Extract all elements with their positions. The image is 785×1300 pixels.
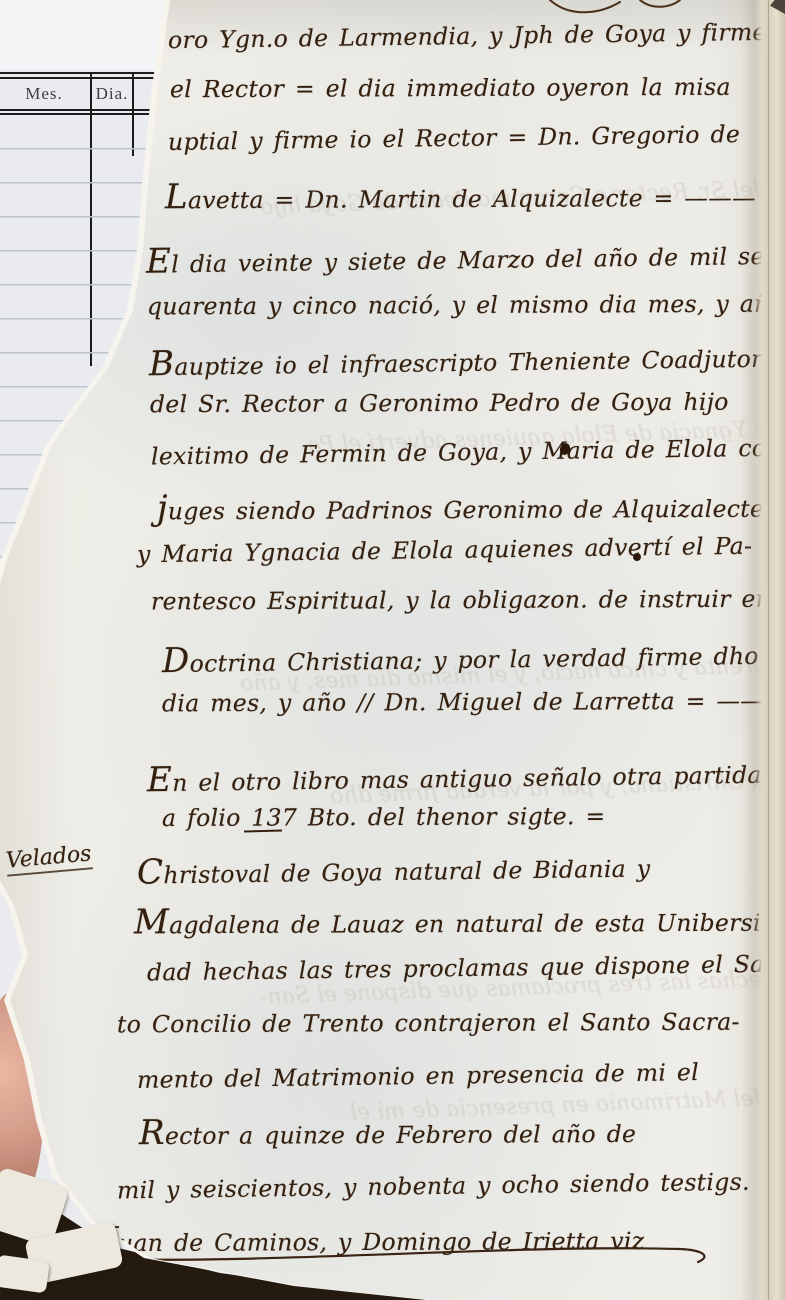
- pen-flourish-top: [540, 0, 690, 30]
- ledger-header-rule-2: [0, 113, 150, 115]
- manuscript-line: Magdalena de Lauaz en natural de esta Un…: [134, 900, 769, 943]
- manuscript-line: quarenta y cinco nació, y el mismo dia m…: [147, 290, 784, 321]
- manuscript-line: rentesco Espiritual, y la obligazon. de …: [151, 585, 785, 616]
- manuscript-line: el Rector = el dia immediato oyeron la m…: [170, 73, 731, 103]
- ledger-column-divider-2: [132, 74, 134, 156]
- torn-paper-shard: [0, 1255, 50, 1294]
- manuscript-line: Lavetta = Dn. Martin de Alquizalecte = —…: [165, 175, 756, 218]
- manuscript-line: Christoval de Goya natural de Bidania y: [137, 845, 651, 892]
- manuscript-line: juges siendo Padrinos Geronimo de Alquiz…: [157, 486, 764, 529]
- manuscript-line: Doctrina Christiana; y por la verdad fir…: [162, 633, 759, 681]
- manuscript-line: mil y seiscientos, y nobenta y ocho sien…: [117, 1168, 750, 1205]
- manuscript-line: El dia veinte y siete de Marzo del año d…: [146, 232, 785, 281]
- folio-number-underline: [244, 830, 282, 833]
- page-edge-crease: [768, 0, 770, 1300]
- manuscript-line: mento del Matrimonio en presencia de mi …: [137, 1058, 699, 1094]
- manuscript-line: lexitimo de Fermin de Goya, y Maria de E…: [151, 434, 785, 471]
- margin-note-velados: Velados: [5, 841, 93, 876]
- manuscript-line: y Maria Ygnacia de Elola aquienes advert…: [137, 532, 753, 569]
- manuscript-line: del Sr. Rector a Geronimo Pedro de Goya …: [150, 388, 729, 419]
- book-page-edge: [741, 0, 785, 1300]
- manuscript-line: Bauptize io el infraescripto Theniente C…: [149, 336, 763, 385]
- manuscript-line: dia mes, y año // Dn. Miguel de Larretta…: [162, 687, 764, 718]
- manuscript-line: to Concilio de Trento contrajeron el San…: [117, 1008, 740, 1039]
- ledger-column-header-mes: Mes.: [12, 84, 76, 104]
- manuscript-photo: Mes. Dia. del Sr. Rector a Geronimo Pedr…: [0, 0, 785, 1300]
- ledger-column-header-dia: Dia.: [92, 84, 132, 104]
- page-corner-notch: [770, 0, 785, 14]
- manuscript-line: uptial y firme io el Rector = Dn. Gregor…: [168, 120, 740, 156]
- manuscript-line: a folio 137 Bto. del thenor sigte. =: [162, 802, 606, 832]
- ink-blot: [633, 553, 641, 561]
- manuscript-line: Rector a quinze de Febrero del año de: [139, 1111, 636, 1153]
